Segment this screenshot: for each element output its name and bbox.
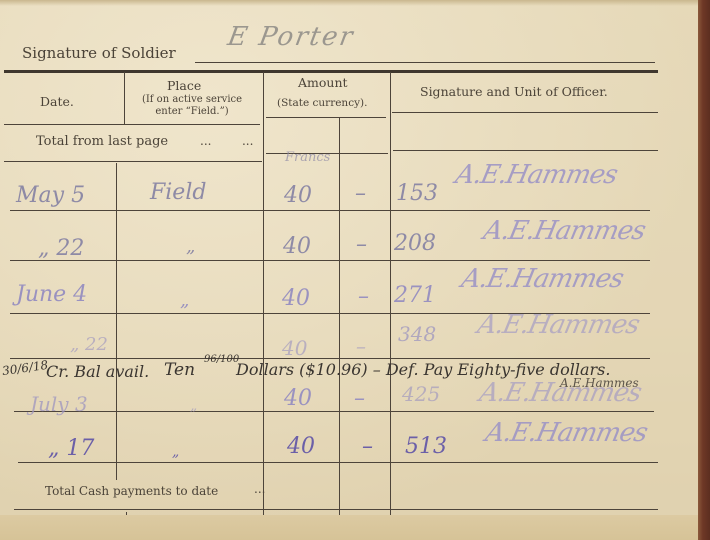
row-4-officer-signature: A.E.Hammes xyxy=(475,310,642,340)
row-3-ref: 271 xyxy=(394,283,436,308)
row-2-officer-signature: A.E.Hammes xyxy=(481,216,648,246)
header-divider-officer xyxy=(392,112,658,113)
row-2-place: „ xyxy=(186,236,195,257)
row-line-total xyxy=(4,161,262,162)
row-5-ref: 425 xyxy=(402,382,440,406)
row-1-cents: – xyxy=(355,181,366,206)
row-5-cents: – xyxy=(354,386,365,411)
row-3-cents: – xyxy=(358,284,369,309)
book-spine-edge xyxy=(698,0,710,540)
column-header-amount-note: (State currency). xyxy=(277,97,367,109)
row-3-date: June 4 xyxy=(16,282,87,307)
column-header-place-note-2: enter “Field.”) xyxy=(126,106,258,117)
column-header-date: Date. xyxy=(40,94,74,109)
row-2-cents: – xyxy=(356,232,367,257)
col-line-amount-officer xyxy=(390,72,391,540)
row-4-date: „ 22 xyxy=(70,334,108,355)
signature-line xyxy=(195,62,655,63)
column-header-officer: Signature and Unit of Officer. xyxy=(420,84,608,99)
currency-note: Francs xyxy=(285,150,330,165)
row-6-officer-signature: A.E.Hammes xyxy=(483,418,650,448)
total-from-last-page-dots: ... ... xyxy=(200,134,253,148)
row-3-amount: 40 xyxy=(282,286,310,311)
row-4-amount: 40 xyxy=(282,336,307,360)
row-3-officer-signature: A.E.Hammes xyxy=(459,264,626,294)
row-1-amount: 40 xyxy=(284,183,312,208)
row-6-place: „ xyxy=(172,444,179,460)
row-1-date: May 5 xyxy=(16,183,85,208)
column-header-place: Place xyxy=(167,78,201,93)
row-line-4 xyxy=(10,358,650,359)
row-6-amount: 40 xyxy=(287,434,315,459)
total-cash-payments-dots: ... xyxy=(254,482,265,496)
row-6-ref: 513 xyxy=(405,434,447,459)
header-divider xyxy=(4,124,260,125)
row-2-ref: 208 xyxy=(394,231,436,256)
row-5-officer-signature: A.E.Hammes xyxy=(477,378,644,408)
col-line-place-amount xyxy=(263,72,264,540)
annotation-credit-balance: Cr. Bal avail. xyxy=(46,362,149,381)
row-3-place: „ xyxy=(180,290,189,311)
row-6-date: „ 17 xyxy=(48,436,94,461)
annotation-amount-words: Ten xyxy=(164,360,195,380)
row-1-ref: 153 xyxy=(396,181,438,206)
row-line-6 xyxy=(18,462,658,463)
row-line-total-off xyxy=(393,150,658,151)
total-from-last-page-label: Total from last page xyxy=(36,134,168,149)
annotation-fraction: 96/100 xyxy=(204,354,239,365)
row-2-amount: 40 xyxy=(283,234,311,259)
annotation-details: Dollars ($10.96) – Def. Pay Eighty-five … xyxy=(236,360,610,379)
col-line-date-place xyxy=(124,72,125,124)
row-6-cents: – xyxy=(362,434,373,459)
bottom-paper-strip xyxy=(0,515,700,540)
soldier-signature-label: Signature of Soldier xyxy=(22,44,176,62)
annotation-date: 30/6/18 xyxy=(1,358,49,378)
row-5-amount: 40 xyxy=(284,386,312,411)
row-line-5 xyxy=(14,411,654,412)
row-2-date: „ 22 xyxy=(38,236,84,261)
row-5-place: „ xyxy=(190,398,197,414)
column-header-amount: Amount xyxy=(298,75,348,90)
table-top-rule xyxy=(4,70,658,73)
soldier-signature: E Porter xyxy=(225,22,356,52)
column-header-place-note-1: (If on active service xyxy=(126,94,258,105)
row-1-officer-signature: A.E.Hammes xyxy=(453,160,620,190)
row-1-place: Field xyxy=(150,180,206,205)
row-line-1 xyxy=(10,210,650,211)
total-cash-payments-label: Total Cash payments to date xyxy=(45,484,218,498)
pay-book-page: Signature of Soldier E Porter Date. Plac… xyxy=(0,0,700,540)
row-5-date: July 3 xyxy=(30,392,88,416)
col-line-amount-split xyxy=(339,117,340,540)
row-4-ref: 348 xyxy=(398,322,436,346)
row-4-cents: – xyxy=(356,334,366,358)
row-line-2 xyxy=(10,260,650,261)
header-divider-amount xyxy=(266,117,386,118)
row-line-totals xyxy=(14,509,658,510)
